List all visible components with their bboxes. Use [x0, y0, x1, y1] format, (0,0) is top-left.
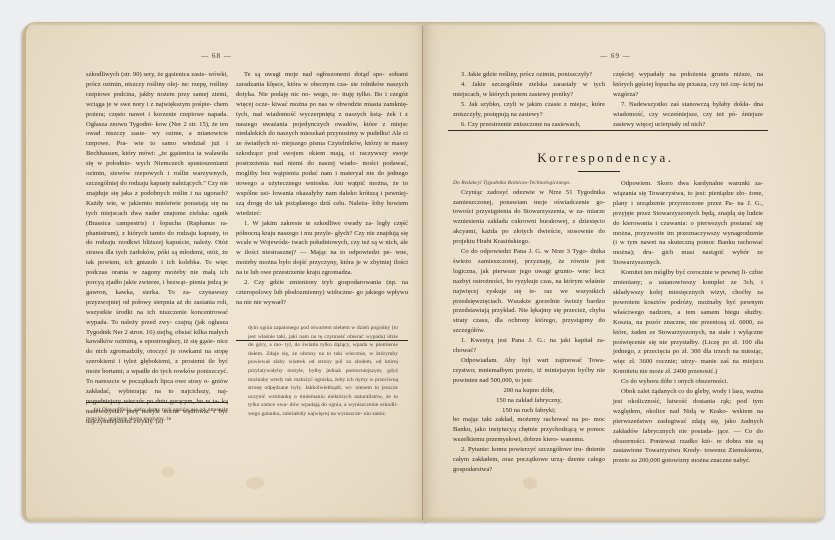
- question-7: 7. Nadewszystko zaś stanowczą byłaby dok…: [613, 100, 763, 130]
- paper-stain: [523, 477, 537, 489]
- left-column-1: szkodliwych (str. 90) sery, że gąsienica…: [86, 70, 228, 427]
- page-edge-bottom: [26, 516, 427, 522]
- left-column-2: Te są uwagi moje nad ogłoszonemi dotąd s…: [236, 70, 408, 308]
- page-edge-top: [423, 22, 824, 26]
- page-number: — 68 —: [22, 52, 417, 60]
- letter-column-2: Odpowiem. Skoro dwa kardynalne warunki z…: [613, 179, 763, 466]
- body-paragraph: 1. Kwestyą jest Pana J. G.: na jaki kapi…: [453, 336, 605, 356]
- questions-column-2: częściej wypadały na położenia gruntu ni…: [613, 70, 763, 129]
- capital-item: 150 na ruch fabryki;: [453, 406, 605, 416]
- body-paragraph: 2. Pytanie: komu powierzyć szczegółowe t…: [453, 445, 605, 475]
- paper-stain: [246, 477, 264, 489]
- open-book: — 68 — szkodliwych (str. 90) sery, że gą…: [22, 22, 825, 522]
- footnote-text: dym ognia zapalonego pod otwartem niebem…: [248, 324, 398, 419]
- body-paragraph: Obok zalet żądanych co do gleby, wody i …: [613, 387, 763, 466]
- page-number: — 69 —: [423, 52, 816, 60]
- left-footnote: (a) Oława Pfeila, aleby dymy tych ogniów…: [86, 406, 228, 423]
- body-paragraph: Komitet ten mógłby być corocznie w pewne…: [613, 268, 763, 377]
- question-6-continued: częściej wypadały na położenia gruntu ni…: [613, 70, 763, 100]
- body-paragraph: bo mając taki zakład, możemy rachować na…: [453, 415, 605, 445]
- right-page: — 69 — 3. Jakie gdzie rośliny, prócz ozi…: [423, 22, 824, 522]
- page-edge-top: [26, 22, 427, 26]
- footnote-text: (a) Oława Pfeila, aleby dymy tych ogniów…: [86, 406, 228, 423]
- question-4: 4. Jakie szczególnie zielska zarastały w…: [453, 80, 605, 100]
- capital-item: 150 na zakład fabryczny,: [453, 396, 605, 406]
- section-divider: [448, 130, 768, 131]
- left-page: — 68 — szkodliwych (str. 90) sery, że gą…: [22, 22, 427, 522]
- question-6: 6. Czy przestrzenie zniszczone na zasiew…: [453, 120, 605, 130]
- letter-column-1: Do Redakcyi Tygodnika Rolniczo-Technolog…: [453, 179, 605, 475]
- body-paragraph: szkodliwych (str. 90) sery, że gąsienica…: [86, 70, 228, 427]
- question-2: 2. Czy gdzie zmieniony tryb gospodarowan…: [236, 278, 408, 308]
- capital-item: 200 na kupno dóbr,: [453, 386, 605, 396]
- question-1: 1. W jakim zakresie te szkodliwe owady z…: [236, 219, 408, 278]
- footnote-rule: [86, 402, 228, 403]
- body-paragraph: Odpowiadam. Aby był wart zajmować Towa- …: [453, 356, 605, 386]
- section-heading: Korrespondencya.: [423, 150, 806, 166]
- body-paragraph: Co do wyboru dóbr i onych obszerności.: [613, 377, 763, 387]
- page-edge-bottom: [423, 516, 824, 522]
- body-paragraph: Czyniąc zadosyć odezwie w Nrze 51 Tygodn…: [453, 188, 605, 247]
- body-paragraph: Te są uwagi moje nad ogłoszonemi dotąd s…: [236, 70, 408, 219]
- body-paragraph: Odpowiem. Skoro dwa kardynalne warunki z…: [613, 179, 763, 268]
- left-footnote-continued: dym ognia zapalonego pod otwartem niebem…: [248, 324, 398, 419]
- letter-address: Do Redakcyi Tygodnika Rolniczo-Technolog…: [453, 179, 605, 188]
- heading-underline: [578, 171, 620, 172]
- questions-column-1: 3. Jakie gdzie rośliny, prócz ozimin, po…: [453, 70, 605, 129]
- question-5: 5. Jak szybko, czyli w jakim czasie z mi…: [453, 100, 605, 120]
- question-3: 3. Jakie gdzie rośliny, prócz ozimin, po…: [453, 70, 605, 80]
- body-paragraph: Co do odpowiedzi Pana J. G. w Nrze 3 Tyg…: [453, 247, 605, 336]
- paper-stain: [161, 467, 175, 477]
